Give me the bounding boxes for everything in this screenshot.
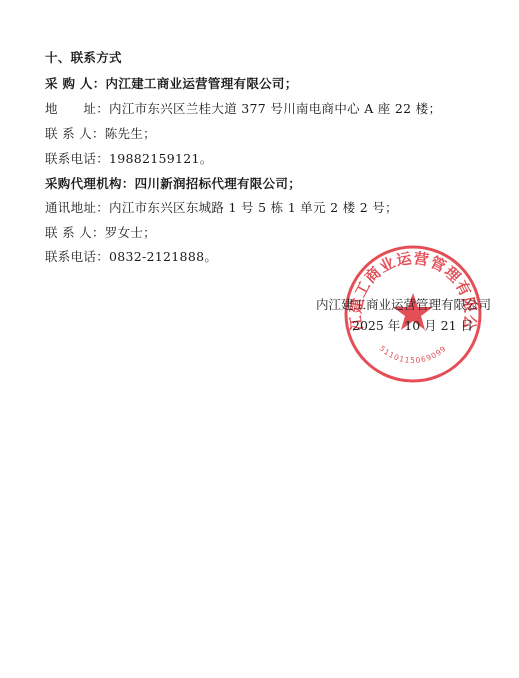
agency-label: 采购代理机构： [45, 176, 135, 191]
purchaser-name: 内江建工商业运营管理有限公司； [106, 76, 298, 91]
agency-contact: 罗女士； [105, 225, 156, 240]
agency-address-label: 通讯地址： [45, 200, 109, 215]
agency-contact-line: 联 系 人：罗女士； [45, 225, 156, 241]
agency-contact-label: 联 系 人： [45, 225, 105, 240]
document-page: 十、联系方式 采 购 人：内江建工商业运营管理有限公司； 地 址：内江市东兴区兰… [0, 0, 519, 678]
purchaser-phone-label: 联系电话： [45, 151, 109, 166]
agency-phone-label: 联系电话： [45, 249, 109, 264]
purchaser-phone-line: 联系电话：19882159121。 [45, 151, 213, 167]
signature-date: 2025 年 10 月 21 日 [352, 318, 473, 334]
agency-address-line: 通讯地址：内江市东兴区东城路 1 号 5 栋 1 单元 2 楼 2 号； [45, 200, 398, 216]
purchaser-contact-line: 联 系 人：陈先生； [45, 126, 156, 142]
purchaser-contact-label: 联 系 人： [45, 126, 105, 141]
agency-phone-line: 联系电话：0832-2121888。 [45, 249, 217, 265]
signature-company: 内江建工商业运营管理有限公司 [316, 297, 491, 313]
agency-address: 内江市东兴区东城路 1 号 5 栋 1 单元 2 楼 2 号； [109, 200, 398, 215]
purchaser-phone: 19882159121。 [109, 151, 213, 166]
purchaser-label: 采 购 人： [45, 76, 106, 91]
company-seal-icon: 内江建工商业运营管理有限公司 5110115069099 [342, 243, 484, 385]
agency-line: 采购代理机构：四川新润招标代理有限公司； [45, 176, 301, 192]
agency-name: 四川新润招标代理有限公司； [135, 176, 301, 191]
purchaser-line: 采 购 人：内江建工商业运营管理有限公司； [45, 76, 298, 92]
section-title: 十、联系方式 [45, 50, 122, 66]
purchaser-address-line: 地 址：内江市东兴区兰桂大道 377 号川南电商中心 A 座 22 楼； [45, 101, 441, 117]
svg-text:5110115069099: 5110115069099 [378, 344, 449, 365]
purchaser-address: 内江市东兴区兰桂大道 377 号川南电商中心 A 座 22 楼； [109, 101, 441, 116]
purchaser-contact: 陈先生； [105, 126, 156, 141]
agency-phone: 0832-2121888。 [109, 249, 217, 264]
purchaser-address-label: 地 址： [45, 101, 109, 116]
